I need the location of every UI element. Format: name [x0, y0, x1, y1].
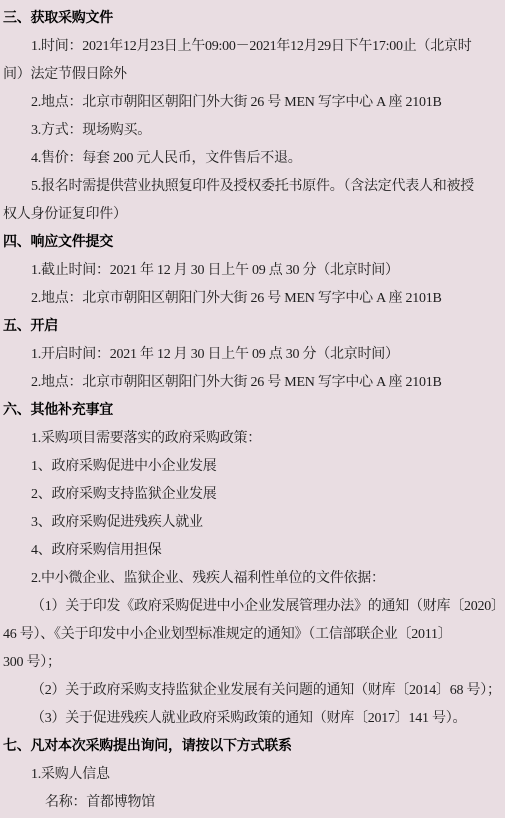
document-line: 2、政府采购支持监狱企业发展: [3, 481, 502, 509]
document-line: 4、政府采购信用担保: [3, 537, 502, 565]
document-line: 3、政府采购促进残疾人就业: [3, 509, 502, 537]
document-line: （1）关于印发《政府采购促进中小企业发展管理办法》的通知（财库〔2020〕: [3, 593, 502, 621]
document-line: 46 号）、《关于印发中小企业划型标准规定的通知》（工信部联企业〔2011〕: [3, 621, 502, 649]
document-line: 2.中小微企业、监狱企业、残疾人福利性单位的文件依据：: [3, 565, 502, 593]
document-line: 间）法定节假日除外: [3, 61, 502, 89]
document-line: 2.地点：北京市朝阳区朝阳门外大街 26 号 MEN 写字中心 A 座 2101…: [3, 285, 502, 313]
section-heading: 五、开启: [3, 313, 502, 341]
document-line: 3.方式：现场购买。: [3, 117, 502, 145]
section-heading: 三、获取采购文件: [3, 5, 502, 33]
document-line: 2.地点：北京市朝阳区朝阳门外大街 26 号 MEN 写字中心 A 座 2101…: [3, 369, 502, 397]
section-heading: 六、其他补充事宜: [3, 397, 502, 425]
document-line: 5.报名时需提供营业执照复印件及授权委托书原件。（含法定代表人和被授: [3, 173, 502, 201]
section-heading: 四、响应文件提交: [3, 229, 502, 257]
procurement-notice-document: 三、获取采购文件1.时间：2021年12月23日上午09:00－2021年12月…: [0, 0, 505, 817]
document-line: 权人身份证复印件）: [3, 201, 502, 229]
section-heading: 七、凡对本次采购提出询问，请按以下方式联系: [3, 733, 502, 761]
document-line: 1、政府采购促进中小企业发展: [3, 453, 502, 481]
document-line: 2.地点：北京市朝阳区朝阳门外大街 26 号 MEN 写字中心 A 座 2101…: [3, 89, 502, 117]
document-line: 1.时间：2021年12月23日上午09:00－2021年12月29日下午17:…: [3, 33, 502, 61]
document-line: 1.采购项目需要落实的政府采购政策：: [3, 425, 502, 453]
document-line: 4.售价：每套 200 元人民币，文件售后不退。: [3, 145, 502, 173]
document-line: （3）关于促进残疾人就业政府采购政策的通知（财库〔2017〕141 号）。: [3, 705, 502, 733]
document-line: 1.采购人信息: [3, 761, 502, 789]
document-line: 名称：首都博物馆: [3, 789, 502, 817]
document-line: 1.截止时间：2021 年 12 月 30 日上午 09 点 30 分（北京时间…: [3, 257, 502, 285]
document-line: 1.开启时间：2021 年 12 月 30 日上午 09 点 30 分（北京时间…: [3, 341, 502, 369]
document-line: （2）关于政府采购支持监狱企业发展有关问题的通知（财库〔2014〕68 号）；: [3, 677, 502, 705]
document-line: 300 号）；: [3, 649, 502, 677]
